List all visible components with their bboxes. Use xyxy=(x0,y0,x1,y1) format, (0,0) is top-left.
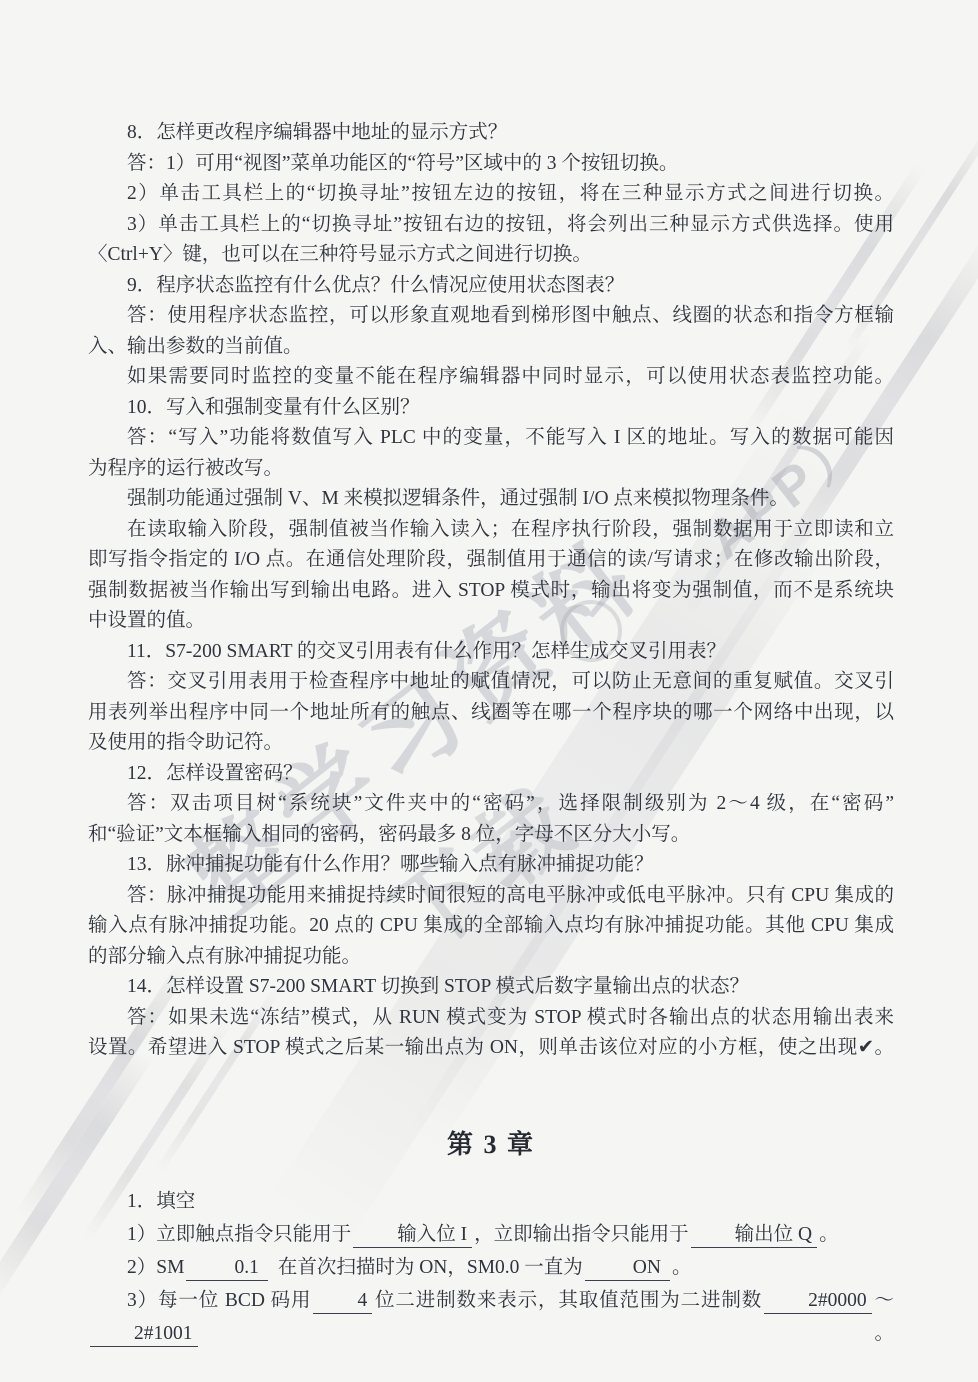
chapter-heading: 第 3 章 xyxy=(88,1125,894,1165)
answer-line: 2）单击工具栏上的“切换寻址”按钮左边的按钮，将在三种显示方式之间进行切换。 xyxy=(88,179,894,210)
item-text: 。 xyxy=(672,1257,692,1278)
answer-line: 答：交叉引用表用于检查程序中地址的赋值情况，可以防止无意间的重复赋值。交叉引 xyxy=(88,667,894,698)
answer-line: 3）单击工具栏上的“切换寻址”按钮右边的按钮，将会列出三种显示方式供选择。使用 xyxy=(88,210,894,241)
item-text: 2）SM xyxy=(127,1257,184,1278)
answer-line: 和“验证”文本框输入相同的密码，密码最多 8 位，字母不区分大小写。 xyxy=(88,820,894,851)
blank-answer: 0.1 xyxy=(186,1256,267,1281)
answer-line: 答：1）可用“视图”菜单功能区的“符号”区域中的 3 个按钮切换。 xyxy=(88,149,894,180)
item-text: 1）立即触点指令只能用于 xyxy=(127,1224,351,1245)
fill-in-item-2: 2）SM0.1在首次扫描时为 ON，SM0.0 一直为ON。 xyxy=(88,1251,894,1284)
question-9-line: 9．程序状态监控有什么优点？什么情况应使用状态图表？ xyxy=(88,271,894,302)
answer-line: 答：使用程序状态监控，可以形象直观地看到梯形图中触点、线圈的状态和指令方框输 xyxy=(88,301,894,332)
answer-line: 用表列举出程序中同一个地址所有的触点、线圈等在哪一个程序块的哪一个网络中出现，以 xyxy=(88,698,894,729)
blank-answer: 输入位 I xyxy=(353,1223,472,1248)
answer-line: 答：脉冲捕捉功能用来捕捉持续时间很短的高电平脉冲或低电平脉冲。只有 CPU 集成… xyxy=(88,881,894,912)
answer-line: 中设置的值。 xyxy=(88,606,894,637)
answer-line: 为程序的运行被改写。 xyxy=(88,454,894,485)
answer-line: 的部分输入点有脉冲捕捉功能。 xyxy=(88,942,894,973)
document-page: 整学习资料 下载 APP） 8．怎样更改程序编辑器中地址的显示方式？ 答：1）可… xyxy=(0,0,978,1382)
answer-line: 答：如果未选“冻结”模式，从 RUN 模式变为 STOP 模式时各输出点的状态用… xyxy=(88,1003,894,1034)
item-text: 3）每一位 BCD 码用 xyxy=(127,1290,311,1311)
answer-line: 强制数据被当作输出写到输出电路。进入 STOP 模式时，输出将变为强制值，而不是… xyxy=(88,576,894,607)
blank-answer: 输出位 Q xyxy=(691,1223,817,1248)
fill-in-item-1: 1）立即触点指令只能用于输入位 I，立即输出指令只能用于输出位 Q。 xyxy=(88,1218,894,1251)
answer-line: 答：“写入”功能将数值写入 PLC 中的变量，不能写入 I 区的地址。写入的数据… xyxy=(88,423,894,454)
fill-in-intro: 1．填空 xyxy=(88,1185,894,1218)
question-8-line: 8．怎样更改程序编辑器中地址的显示方式？ xyxy=(88,118,894,149)
answer-line: 〈Ctrl+Y〉键，也可以在三种符号显示方式之间进行切换。 xyxy=(88,240,894,271)
answer-line: 设置。希望进入 STOP 模式之后某一输出点为 ON，则单击该位对应的小方框，使… xyxy=(88,1033,894,1064)
question-10-line: 10．写入和强制变量有什么区别？ xyxy=(88,393,894,424)
item-text: 位二进制数来表示，其取值范围为二进制数 xyxy=(374,1290,762,1311)
answer-line: 输入点有脉冲捕捉功能。20 点的 CPU 集成的全部输入点均有脉冲捕捉功能。其他… xyxy=(88,911,894,942)
item-text: ，立即输出指令只能用于 xyxy=(474,1224,689,1245)
blank-answer: 4 xyxy=(313,1289,372,1314)
answer-line: 答：双击项目树“系统块”文件夹中的“密码”，选择限制级别为 2～4 级，在“密码… xyxy=(88,789,894,820)
blank-answer: ON xyxy=(585,1256,670,1281)
answer-line: 如果需要同时监控的变量不能在程序编辑器中同时显示，可以使用状态表监控功能。 xyxy=(88,362,894,393)
answer-line: 及使用的指令助记符。 xyxy=(88,728,894,759)
fill-in-item-3: 3）每一位 BCD 码用4位二进制数来表示，其取值范围为二进制数2#0000～2… xyxy=(88,1284,894,1350)
question-14-line: 14．怎样设置 S7-200 SMART 切换到 STOP 模式后数字量输出点的… xyxy=(88,972,894,1003)
question-13-line: 13．脉冲捕捉功能有什么作用？哪些输入点有脉冲捕捉功能？ xyxy=(88,850,894,881)
answer-line: 在读取输入阶段，强制值被当作输入读入；在程序执行阶段，强制数据用于立即读和立 xyxy=(88,515,894,546)
item-text: ～ xyxy=(874,1290,894,1311)
answer-line: 入、输出参数的当前值。 xyxy=(88,332,894,363)
item-text: 在首次扫描时为 ON，SM0.0 一直为 xyxy=(278,1257,583,1278)
blank-answer: 2#0000 xyxy=(764,1289,872,1314)
document-content: 8．怎样更改程序编辑器中地址的显示方式？ 答：1）可用“视图”菜单功能区的“符号… xyxy=(88,118,894,1350)
item-text: 。 xyxy=(819,1224,839,1245)
question-12-line: 12．怎样设置密码？ xyxy=(88,759,894,790)
item-text: 。 xyxy=(200,1323,894,1344)
blank-answer: 2#1001 xyxy=(90,1322,198,1347)
answer-line: 强制功能通过强制 V、M 来模拟逻辑条件，通过强制 I/O 点来模拟物理条件。 xyxy=(88,484,894,515)
answer-line: 即写指令指定的 I/O 点。在通信处理阶段，强制值用于通信的读/写请求；在修改输… xyxy=(88,545,894,576)
question-11-line: 11．S7-200 SMART 的交叉引用表有什么作用？怎样生成交叉引用表？ xyxy=(88,637,894,668)
